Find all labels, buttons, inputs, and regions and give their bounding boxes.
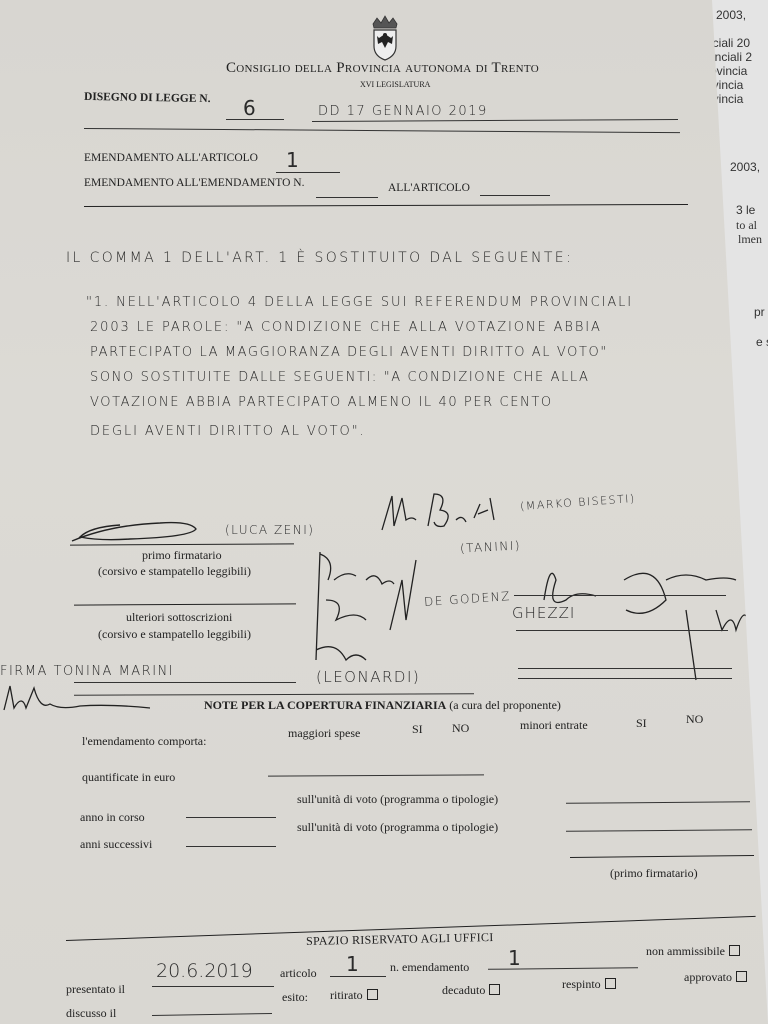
primo-firmatario-line <box>570 855 754 858</box>
anno-corso-field[interactable] <box>186 817 276 818</box>
background-text: to al <box>736 218 757 233</box>
spese-label: maggiori spese <box>288 726 360 741</box>
respinto-label: respinto <box>562 977 601 991</box>
signature-line <box>74 693 474 695</box>
spese-si-option[interactable]: SI <box>412 722 423 737</box>
signature <box>0 680 160 725</box>
bill-label: DISEGNO DI LEGGE N. <box>84 91 211 105</box>
others-line <box>74 603 296 605</box>
non-ammissibile-label: non ammissibile <box>646 944 725 958</box>
financial-title-row: NOTE PER LA COPERTURA FINANZIARIA (a cur… <box>204 698 561 713</box>
background-text: 3 le <box>736 203 755 217</box>
bill-date-line <box>312 119 678 122</box>
articolo-label: articolo <box>280 966 317 981</box>
first-signer-label: primo firmatario <box>142 548 222 563</box>
signature-line <box>518 668 732 669</box>
decaduto-label: decaduto <box>442 983 485 997</box>
signer-name: GHEZZI <box>512 604 575 622</box>
divider <box>84 128 680 133</box>
amendment-text-line: "1. NELL'ARTICOLO 4 DELLA LEGGE SUI REFE… <box>86 295 633 310</box>
legislature: XVI LEGISLATURA <box>360 80 430 89</box>
signature <box>378 490 518 545</box>
to-article-label: ALL'ARTICOLO <box>388 182 470 194</box>
first-signer-name: (LUCA ZENI) <box>225 523 314 537</box>
primo-firmatario-label: (primo firmatario) <box>610 866 698 881</box>
articolo-value: 1 <box>346 952 359 976</box>
signature-line <box>74 682 296 683</box>
esito-label: esito: <box>282 990 308 1005</box>
checkbox[interactable] <box>736 971 747 982</box>
trento-coat-of-arms-icon <box>369 14 401 62</box>
ritirato-label: ritirato <box>330 988 363 1002</box>
others-note: (corsivo e stampatello leggibili) <box>98 627 251 642</box>
background-text: 2003, <box>730 160 760 174</box>
entrate-label: minori entrate <box>520 718 588 733</box>
financial-title-note: (a cura del proponente) <box>449 698 561 712</box>
signer-name: (LEONARDI) <box>316 668 420 686</box>
amendment-text-line: DEGLI AVENTI DIRITTO AL VOTO". <box>90 424 366 439</box>
background-text: pr <box>754 305 765 319</box>
non-ammissibile-checkbox[interactable]: non ammissibile <box>646 944 740 959</box>
discusso-label: discusso il <box>66 1006 116 1021</box>
amendment-text-line: PARTECIPATO LA MAGGIORANZA DEGLI AVENTI … <box>90 345 608 360</box>
to-article-line[interactable] <box>480 195 550 196</box>
anno-corso-label: anno in corso <box>80 810 145 825</box>
checkbox[interactable] <box>729 945 740 956</box>
amendment-text-line: SONO SOSTITUITE DALLE SEGUENTI: "A CONDI… <box>90 370 590 385</box>
presentato-field[interactable] <box>152 986 274 987</box>
amend-amend-line[interactable] <box>316 197 378 198</box>
approvato-label: approvato <box>684 970 732 984</box>
approvato-checkbox[interactable]: approvato <box>684 970 747 985</box>
n-emend-field[interactable] <box>488 967 638 970</box>
signature-line <box>514 595 726 596</box>
entrate-si-option[interactable]: SI <box>636 716 647 731</box>
bill-date: DD 17 GENNAIO 2019 <box>318 104 488 119</box>
financial-title: NOTE PER LA COPERTURA FINANZIARIA <box>204 698 446 712</box>
amend-article-value: 1 <box>286 148 299 172</box>
ritirato-checkbox[interactable]: ritirato <box>330 988 378 1003</box>
n-emend-value: 1 <box>508 946 521 970</box>
signer-name: (MARKO BISESTI) <box>520 492 636 513</box>
office-title: SPAZIO RISERVATO AGLI UFFICI <box>306 930 494 949</box>
divider <box>84 204 688 207</box>
council-name: Consiglio della Provincia autonoma di Tr… <box>226 60 539 77</box>
background-text: e s <box>756 335 768 349</box>
amendment-text-line: 2003 LE PAROLE: "A CONDIZIONE CHE ALLA V… <box>90 320 602 335</box>
comporta-label: l'emendamento comporta: <box>82 734 206 749</box>
first-signer-note: (corsivo e stampatello leggibili) <box>98 564 251 579</box>
checkbox[interactable] <box>605 978 616 989</box>
amend-article-line <box>276 172 340 173</box>
n-emend-label: n. emendamento <box>390 960 469 975</box>
decaduto-checkbox[interactable]: decaduto <box>442 983 500 998</box>
euro-label: quantificate in euro <box>82 770 175 785</box>
anni-succ-field[interactable] <box>186 846 276 847</box>
amendment-text-line: IL COMMA 1 DELL'ART. 1 È SOSTITUITO DAL … <box>66 250 573 266</box>
bill-number-line <box>226 119 284 120</box>
unita-label: sull'unità di voto (programma o tipologi… <box>297 820 498 835</box>
unita-label: sull'unità di voto (programma o tipologi… <box>297 792 498 807</box>
amend-amend-label: EMENDAMENTO ALL'EMENDAMENTO N. <box>84 177 304 189</box>
background-text: lmen <box>738 232 762 247</box>
anni-succ-label: anni successivi <box>80 837 152 852</box>
signature-line <box>518 678 732 679</box>
euro-field[interactable] <box>268 774 484 776</box>
checkbox[interactable] <box>489 984 500 995</box>
articolo-field[interactable] <box>330 976 386 977</box>
discusso-field[interactable] <box>152 1013 272 1016</box>
bill-number: 6 <box>243 96 256 120</box>
spese-no-option[interactable]: NO <box>452 721 469 736</box>
checkbox[interactable] <box>367 989 378 1000</box>
presentato-value: 20.6.2019 <box>156 960 253 982</box>
signer-name: FIRMA TONINA MARINI <box>0 664 174 679</box>
others-label: ulteriori sottoscrizioni <box>126 610 232 625</box>
respinto-checkbox[interactable]: respinto <box>562 977 616 992</box>
amendment-form: Consiglio della Provincia autonoma di Tr… <box>0 0 768 1024</box>
unita-field[interactable] <box>566 829 752 832</box>
amendment-text-line: VOTAZIONE ABBIA PARTECIPATO ALMENO IL 40… <box>90 395 553 410</box>
unita-field[interactable] <box>566 801 750 804</box>
signature-line <box>516 630 728 631</box>
presentato-label: presentato il <box>66 982 125 997</box>
signer-name: (TANINI) <box>460 538 522 555</box>
amend-article-label: EMENDAMENTO ALL'ARTICOLO <box>84 152 258 164</box>
entrate-no-option[interactable]: NO <box>686 712 703 727</box>
